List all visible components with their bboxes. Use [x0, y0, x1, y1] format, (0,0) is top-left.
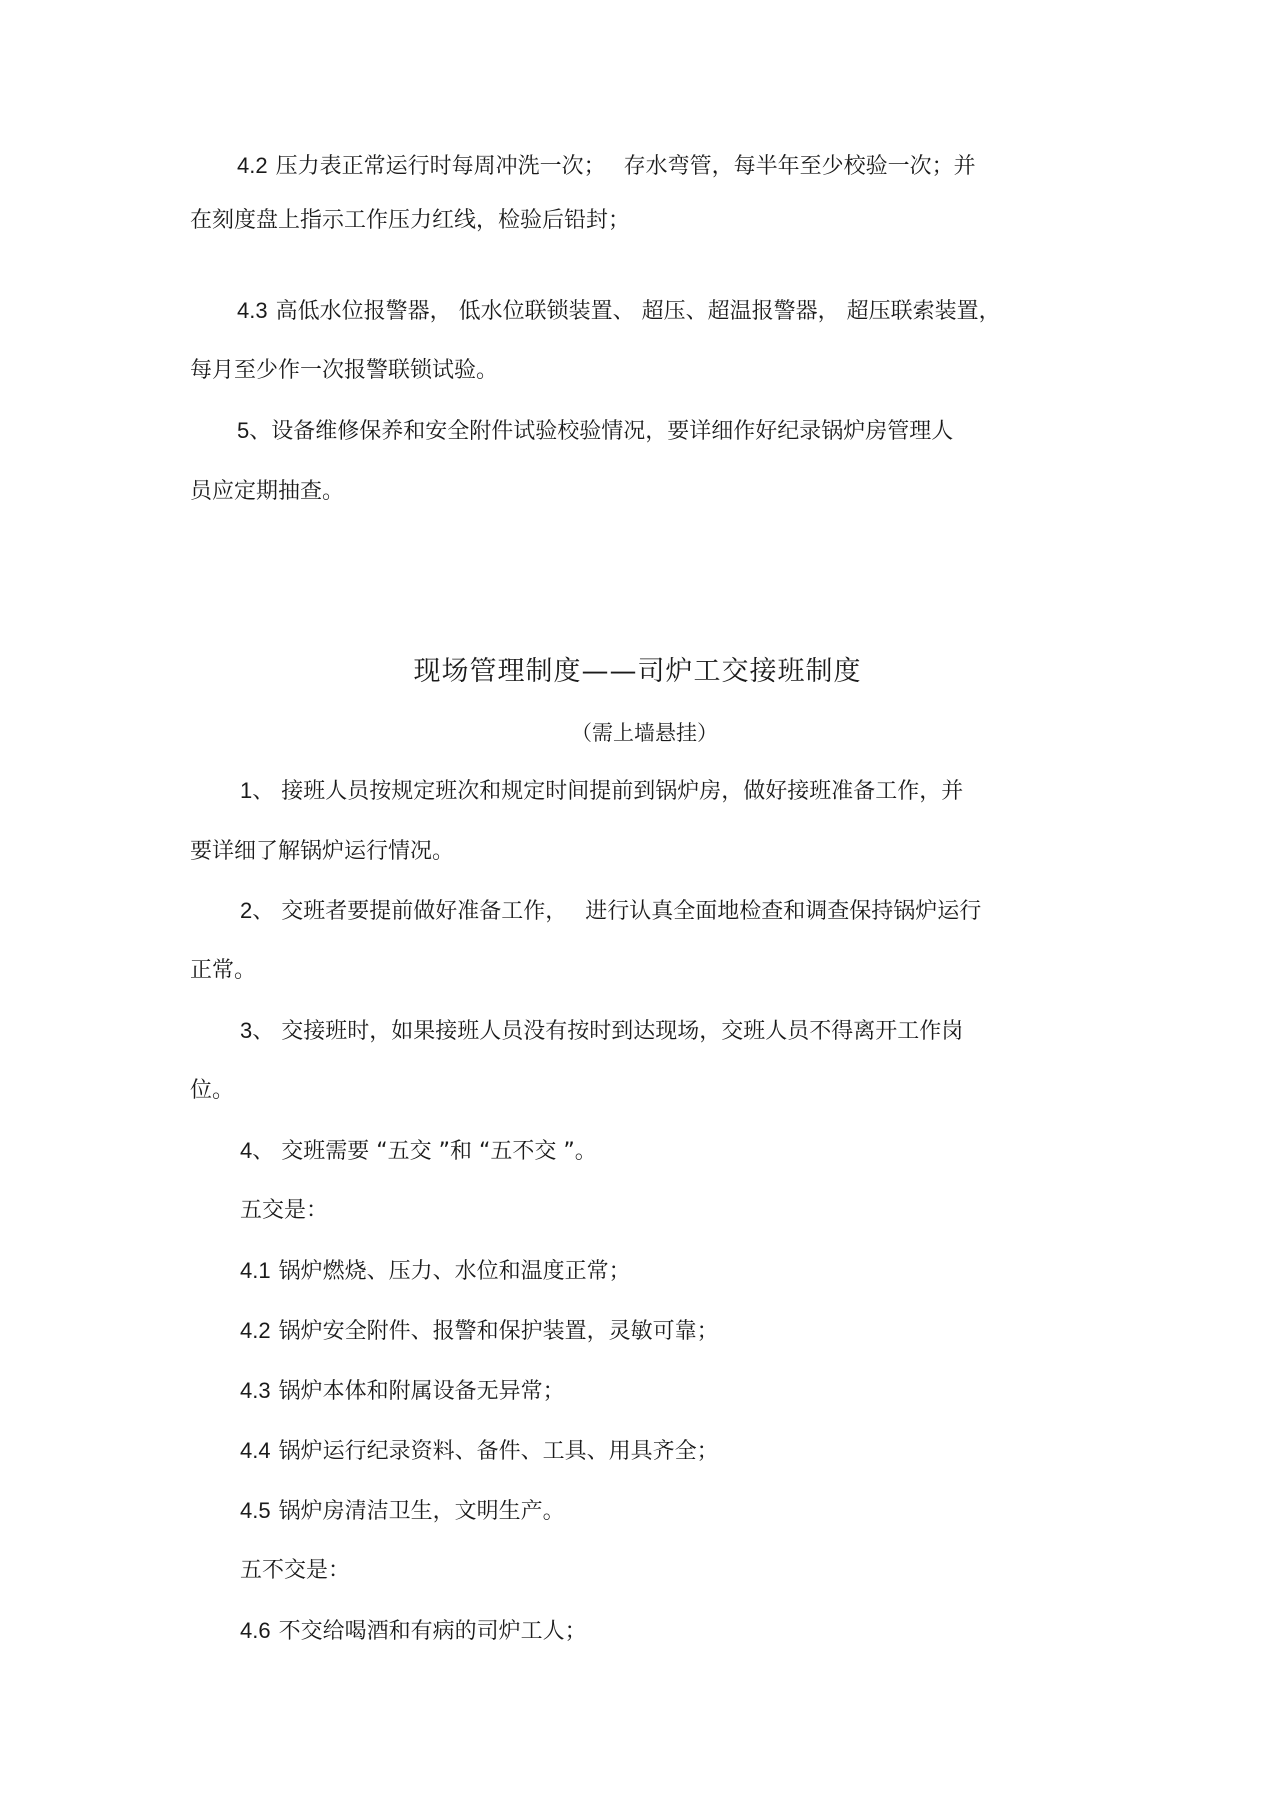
item-text: 压力表正常运行时每周冲洗一次； 存水弯管，每半年至少校验一次；并: [276, 154, 976, 179]
item-5-line1: 5、设备维修保养和安全附件试验校验情况，要详细作好纪录锅炉房管理人: [237, 416, 953, 447]
item-text: 每月至少作一次报警联锁试验。: [190, 358, 498, 383]
hand-over-item: 4.1锅炉燃烧、压力、水位和温度正常；: [240, 1256, 631, 1287]
item-number: 4.6: [240, 1618, 271, 1643]
item-text: 锅炉运行纪录资料、备件、工具、用具齐全；: [279, 1439, 719, 1464]
item-number: 5: [237, 418, 249, 443]
section-item-4-line1: 4、 交班需要 “五交 ”和 “五不交 ”。: [240, 1136, 597, 1167]
section-item-1-line2: 要详细了解锅炉运行情况。: [190, 837, 454, 867]
item-text: 、 接班人员按规定班次和规定时间提前到锅炉房，做好接班准备工作，并: [252, 779, 963, 804]
hand-over-item: 4.2锅炉安全附件、报警和保护装置，灵敏可靠；: [240, 1316, 719, 1347]
five-no-hand-over-heading: 五不交是：: [240, 1556, 350, 1586]
item-number: 4.1: [240, 1258, 271, 1283]
item-5-line2: 员应定期抽查。: [190, 477, 344, 507]
section-item-3-line1: 3、 交接班时，如果接班人员没有按时到达现场，交班人员不得离开工作岗: [240, 1016, 963, 1047]
item-4-2-line2: 在刻度盘上指示工作压力红线，检验后铅封；: [190, 206, 630, 236]
section-item-2-line1: 2、 交班者要提前做好准备工作， 进行认真全面地检查和调查保持锅炉运行: [240, 896, 981, 927]
item-number: 3: [240, 1018, 252, 1043]
item-text: 位。: [190, 1078, 234, 1103]
section-item-3-line2: 位。: [190, 1076, 234, 1106]
item-number: 4.2: [240, 1318, 271, 1343]
section-item-1-line1: 1、 接班人员按规定班次和规定时间提前到锅炉房，做好接班准备工作，并: [240, 776, 963, 807]
item-number: 2: [240, 898, 252, 923]
item-text: 锅炉燃烧、压力、水位和温度正常；: [279, 1259, 631, 1284]
item-4-3-line2: 每月至少作一次报警联锁试验。: [190, 356, 498, 386]
item-text: 、 交班者要提前做好准备工作， 进行认真全面地检查和调查保持锅炉运行: [252, 899, 981, 924]
hand-over-item: 4.5锅炉房清洁卫生，文明生产。: [240, 1496, 565, 1527]
item-text: 在刻度盘上指示工作压力红线，检验后铅封；: [190, 208, 630, 233]
item-text: 锅炉本体和附属设备无异常；: [279, 1379, 565, 1404]
item-number: 4.4: [240, 1438, 271, 1463]
item-number: 4.2: [237, 153, 268, 178]
item-text: 、 交班需要 “五交 ”和 “五不交 ”。: [252, 1139, 597, 1164]
item-text: 、设备维修保养和安全附件试验校验情况，要详细作好纪录锅炉房管理人: [249, 419, 953, 444]
hand-over-item: 4.4锅炉运行纪录资料、备件、工具、用具齐全；: [240, 1436, 719, 1467]
item-number: 4.5: [240, 1498, 271, 1523]
item-text: 正常。: [190, 958, 256, 983]
item-4-3-line1: 4.3高低水位报警器， 低水位联锁装置、 超压、超温报警器， 超压联索装置，: [237, 296, 1001, 327]
item-number: 4.3: [240, 1378, 271, 1403]
item-text: 不交给喝酒和有病的司炉工人；: [279, 1619, 587, 1644]
item-number: 4.3: [237, 298, 268, 323]
item-text: 员应定期抽查。: [190, 479, 344, 504]
item-text: 高低水位报警器， 低水位联锁装置、 超压、超温报警器， 超压联索装置，: [276, 299, 1001, 324]
item-4-2-line1: 4.2压力表正常运行时每周冲洗一次； 存水弯管，每半年至少校验一次；并: [237, 151, 976, 182]
item-text: 、 交接班时，如果接班人员没有按时到达现场，交班人员不得离开工作岗: [252, 1019, 963, 1044]
section-title: 现场管理制度——司炉工交接班制度: [0, 654, 1275, 690]
item-text: 锅炉安全附件、报警和保护装置，灵敏可靠；: [279, 1319, 719, 1344]
section-subtitle: （需上墙悬挂）: [0, 718, 1275, 748]
item-number: 1: [240, 778, 252, 803]
item-text: 要详细了解锅炉运行情况。: [190, 839, 454, 864]
section-item-2-line2: 正常。: [190, 956, 256, 986]
no-hand-over-item: 4.6不交给喝酒和有病的司炉工人；: [240, 1616, 587, 1647]
five-hand-over-heading: 五交是：: [240, 1196, 328, 1226]
item-text: 锅炉房清洁卫生，文明生产。: [279, 1499, 565, 1524]
hand-over-item: 4.3锅炉本体和附属设备无异常；: [240, 1376, 565, 1407]
item-number: 4: [240, 1138, 252, 1163]
